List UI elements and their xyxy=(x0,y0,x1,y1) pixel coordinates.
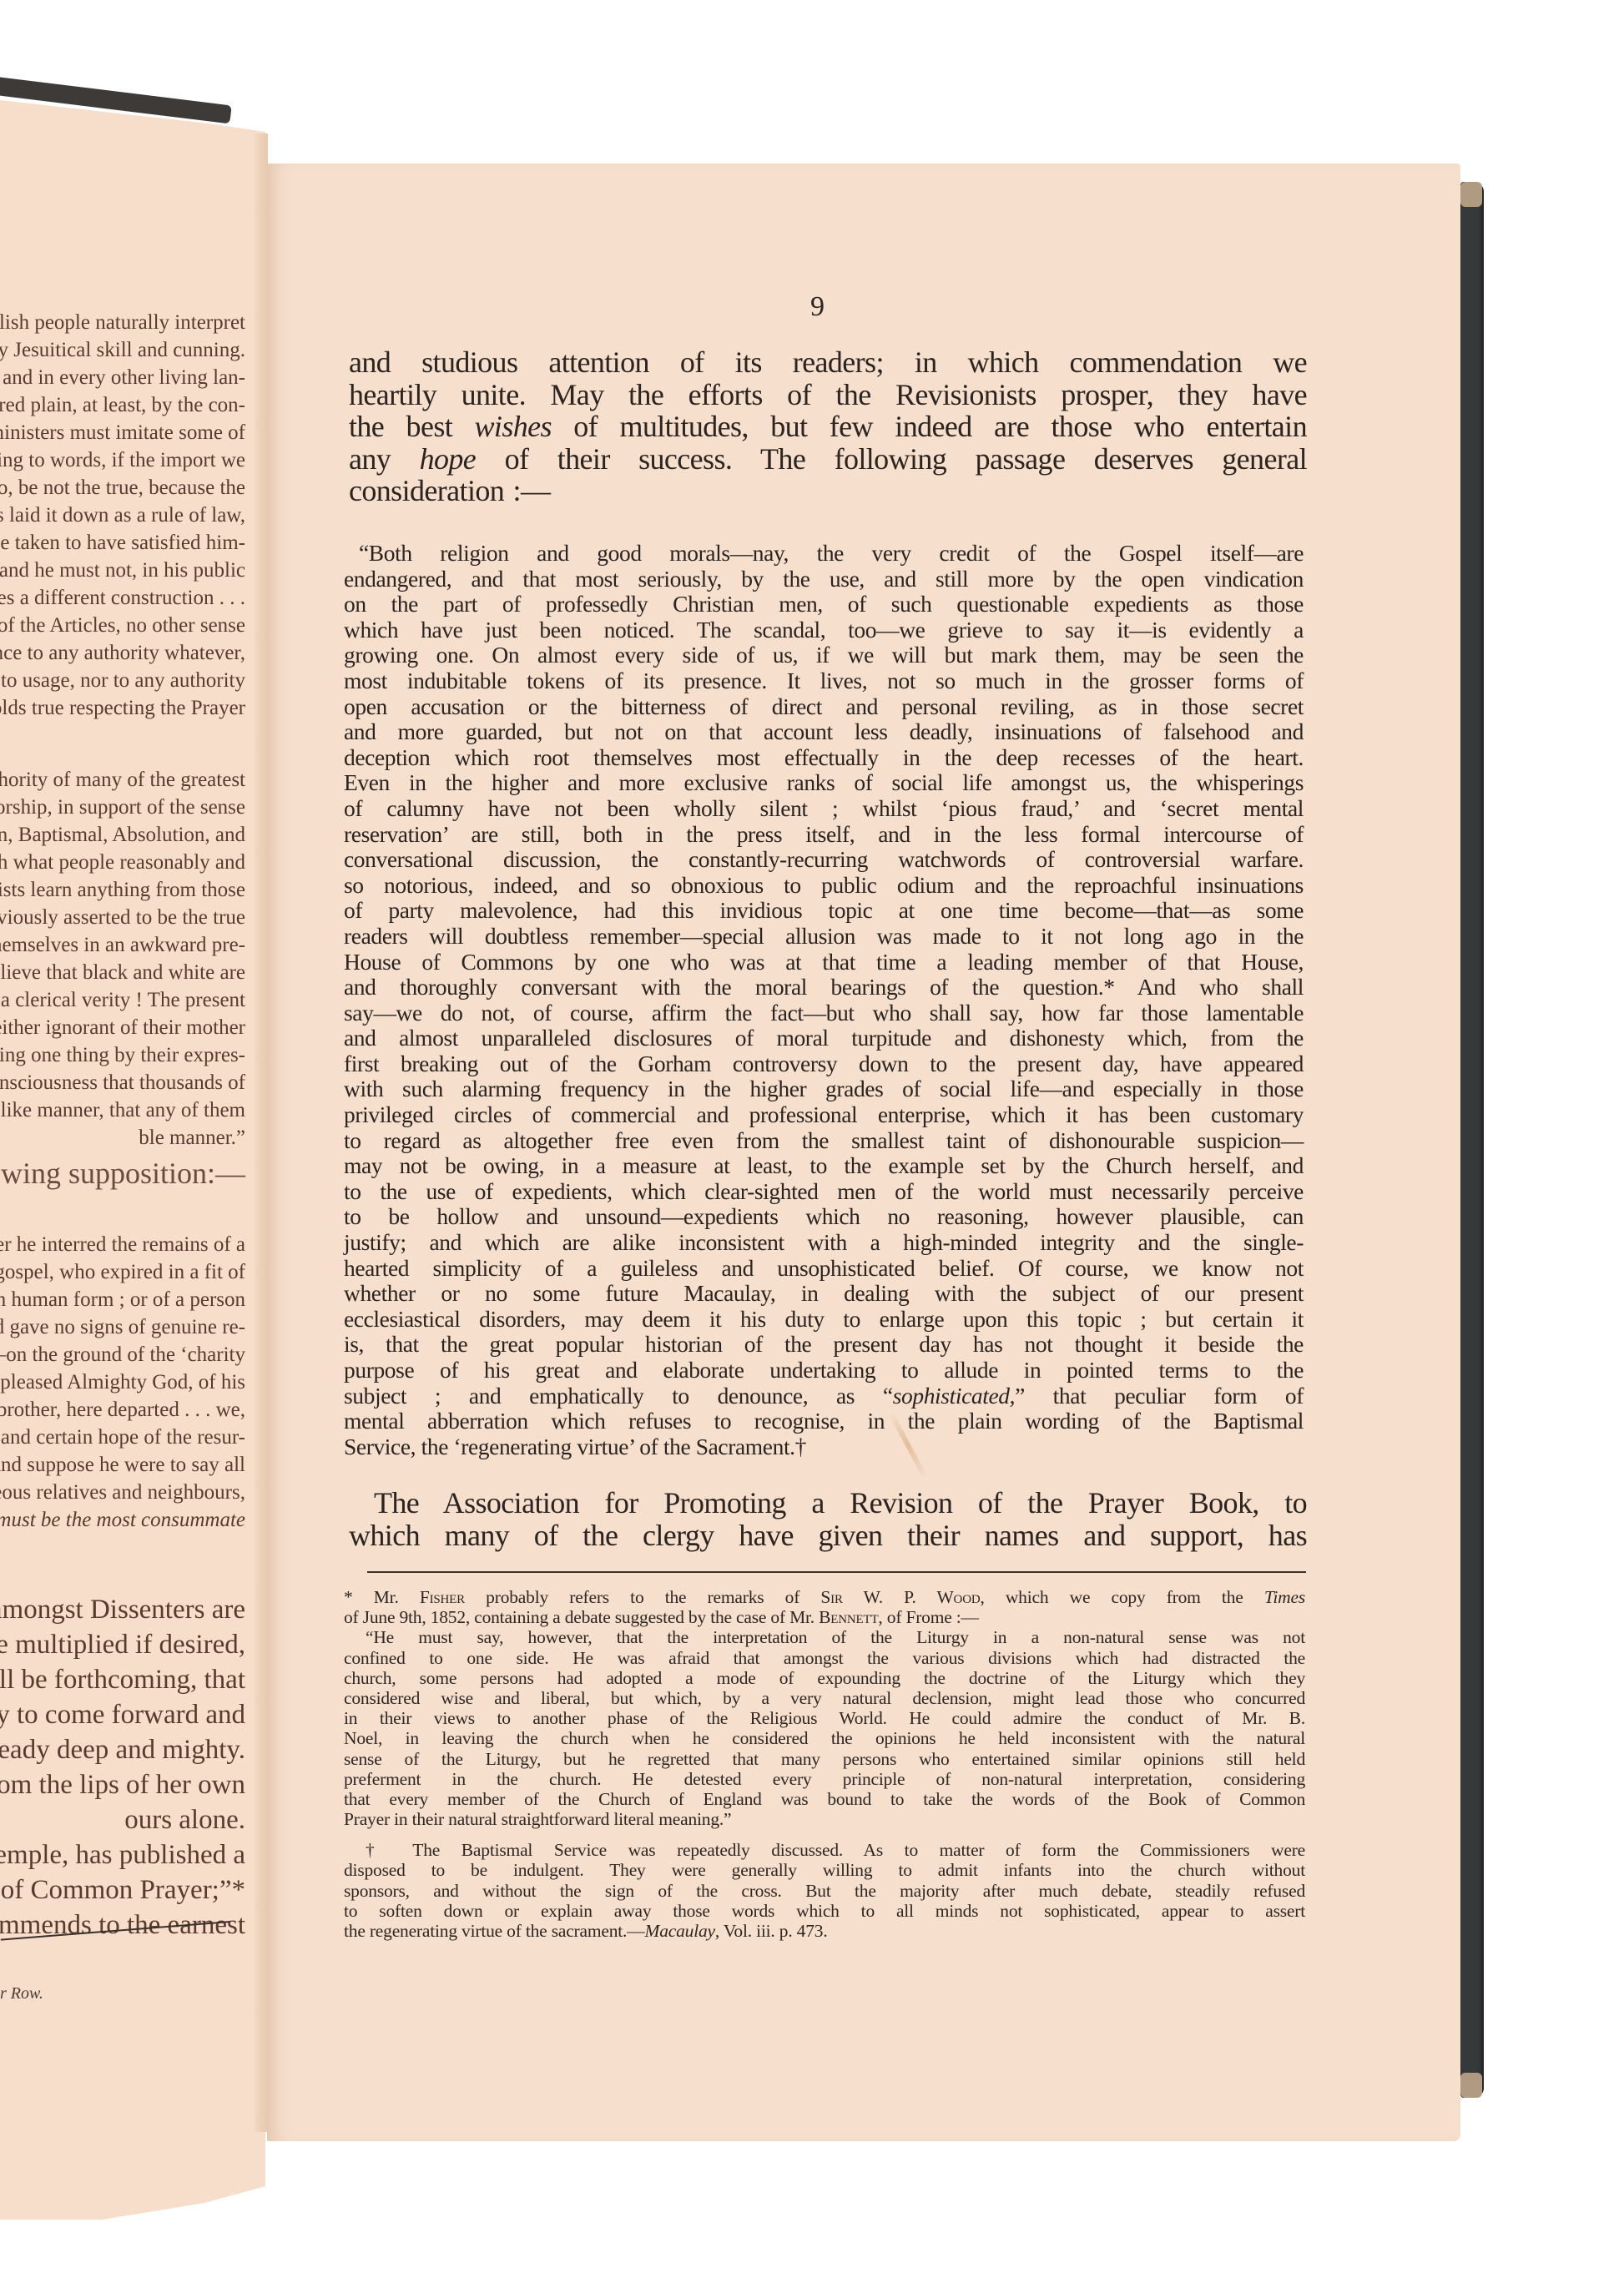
left-line: e worship, in support of the sense xyxy=(0,794,245,821)
footnote-1-line-1: * Mr. Fisher probably refers to the rema… xyxy=(344,1587,1305,1607)
footnote-line: sense of the Liturgy, but he regretted t… xyxy=(344,1749,1305,1769)
footnote-line: Prayer in their natural straightforward … xyxy=(344,1809,1305,1829)
left-line: reviously asserted to be the true xyxy=(0,904,245,931)
intro-line: and studious attention of its readers; i… xyxy=(349,346,1307,379)
footnote-line: disposed to be indulgent. They were gene… xyxy=(344,1860,1305,1880)
quote-line: and almost unparalleled disclosures of m… xyxy=(344,1026,1304,1051)
quote-line: of party malevolence, had this invidious… xyxy=(344,898,1304,924)
quote-line: growing one. On almost every side of us,… xyxy=(344,643,1304,668)
left-line: ver he interred the remains of a xyxy=(0,1231,245,1258)
intro-paragraph: and studious attention of its readers; i… xyxy=(349,346,1307,507)
left-line: teach what people reasonably and xyxy=(0,849,245,876)
footnotes: * Mr. Fisher probably refers to the rema… xyxy=(344,1587,1305,1941)
left-line: has laid it down as a rule of law, xyxy=(0,501,245,529)
quote-line: first breaking out of the Gorham controv… xyxy=(344,1051,1304,1077)
left-line: is a clerical verity ! The present xyxy=(0,986,245,1014)
quote-line: Service, the ‘regenerating virtue’ of th… xyxy=(344,1434,1304,1460)
left-italic-line: must be the most consummate xyxy=(0,1506,245,1534)
quote-line: “Both religion and good morals—nay, the … xyxy=(344,541,1304,567)
left-line: e consciousness that thousands of xyxy=(0,1069,245,1096)
left-line: ly be multiplied if desired, xyxy=(0,1627,245,1662)
quote-line: and more guarded, but not on that accoun… xyxy=(344,719,1304,745)
left-heading: the following supposition:— xyxy=(0,1160,245,1187)
block-quote: “Both religion and good morals—nay, the … xyxy=(344,541,1304,1459)
left-line: nor to usage, nor to any authority xyxy=(0,667,245,694)
quote-line: to regard as altogether free even from t… xyxy=(344,1128,1304,1154)
left-line: own and in every other living lan- xyxy=(0,364,245,391)
quote-line: justify; and which are alike inconsisten… xyxy=(344,1230,1304,1256)
footnote-line: sponsors, and without the sign of the cr… xyxy=(344,1881,1305,1901)
left-line: ed by Jesuitical skill and cunning. xyxy=(0,336,245,364)
quote-line: may not be owing, in a measure at least,… xyxy=(344,1153,1304,1179)
footnote-line: considered wise and liberal, but which, … xyxy=(344,1688,1305,1708)
left-line: erence to any authority whatever, xyxy=(0,639,245,667)
quote-line: purpose of his great and elaborate under… xyxy=(344,1358,1304,1383)
footnote-rule xyxy=(367,1571,1306,1573)
left-block-3: ver he interred the remains of athe gosp… xyxy=(0,1231,245,1506)
left-line: re ; and he must not, in his public xyxy=(0,557,245,584)
quote-line: most indubitable tokens of its presence.… xyxy=(344,668,1304,694)
left-line: s believe that black and white are xyxy=(0,959,245,986)
quote-line: ecclesiastical disorders, may deem it hi… xyxy=(344,1307,1304,1333)
left-line: eaning one thing by their expres- xyxy=(0,1041,245,1069)
left-line: authority of many of the greatest xyxy=(0,766,245,794)
left-line: ook of Common Prayer;”* xyxy=(0,1872,245,1908)
quote-line: deception which root themselves most eff… xyxy=(344,745,1304,771)
left-line: from the lips of her own xyxy=(0,1767,245,1802)
left-line: ation, Baptismal, Absolution, and xyxy=(0,821,245,849)
footnote-line: to soften down or explain away those wor… xyxy=(344,1901,1305,1921)
intro-line: the best wishes of multitudes, but few i… xyxy=(349,411,1307,443)
left-line: m amongst Dissenters are xyxy=(0,1592,245,1627)
footnote-line: preferment in the church. He detested ev… xyxy=(344,1769,1305,1789)
quote-line: say—we do not, of course, affirm the fac… xyxy=(344,1000,1304,1026)
intro-line: any hope of their success. The following… xyxy=(349,443,1307,476)
quote-line: privileged circles of commercial and pro… xyxy=(344,1102,1304,1128)
left-line: And suppose he were to say all xyxy=(0,1451,245,1479)
left-line: English people naturally interpret xyxy=(0,309,245,336)
quote-line: to be hollow and unsound—expedients whic… xyxy=(344,1204,1304,1230)
quote-line: is, that the great popular historian of … xyxy=(344,1332,1304,1358)
left-line: e holds true respecting the Prayer xyxy=(0,694,245,722)
left-block-4: m amongst Dissenters arely be multiplied… xyxy=(0,1592,245,1943)
left-line: , and gave no signs of genuine re- xyxy=(0,1313,245,1341)
left-line: ticles a different construction . . . xyxy=(0,584,245,612)
left-line: ours alone. xyxy=(0,1802,245,1837)
quote-line: conversational discussion, the constantl… xyxy=(344,847,1304,873)
quote-line: and thoroughly conversant with the moral… xyxy=(344,975,1304,1000)
quote-line: which have just been noticed. The scanda… xyxy=(344,617,1304,643)
left-line: st be taken to have satisfied him- xyxy=(0,529,245,557)
left-line: e either ignorant of their mother xyxy=(0,1014,245,1041)
quote-line: open accusation or the bitterness of dir… xyxy=(344,694,1304,720)
quote-line: Even in the higher and more exclusive ra… xyxy=(344,770,1304,796)
left-line: ndered plain, at least, by the con- xyxy=(0,391,245,419)
quote-line: with such alarming frequency in the high… xyxy=(344,1076,1304,1102)
quote-line: House of Commons by one who was at that … xyxy=(344,950,1304,975)
quote-line: endangered, and that most seriously, by … xyxy=(344,567,1304,592)
book-cover-right-edge xyxy=(1460,182,1484,2098)
left-line: ed to, be not the true, because the xyxy=(0,474,245,501)
footnote-line: “He must say, however, that the interpre… xyxy=(344,1627,1305,1647)
intro-line: heartily unite. May the efforts of the R… xyxy=(349,379,1307,411)
quote-line: mental abberration which refuses to reco… xyxy=(344,1409,1304,1434)
left-line: e and certain hope of the resur- xyxy=(0,1424,245,1451)
left-line: the gospel, who expired in a fit of xyxy=(0,1258,245,1286)
quote-line: subject ; and emphatically to denounce, … xyxy=(344,1383,1304,1409)
left-block-1: English people naturally interpreted by … xyxy=(0,309,245,722)
quote-line: to the use of expedients, which clear-si… xyxy=(344,1179,1304,1205)
footnote-line: in their views to another phase of the R… xyxy=(344,1708,1305,1728)
left-line: ble manner.” xyxy=(0,1124,245,1152)
intro-line: consideration :— xyxy=(349,475,1307,507)
footnote-1-quote: “He must say, however, that the interpre… xyxy=(344,1627,1305,1829)
quote-line: reservation’ are still, both in the pres… xyxy=(344,822,1304,848)
left-line: Temple, has published a xyxy=(0,1837,245,1872)
left-line: el themselves in an awkward pre- xyxy=(0,931,245,959)
left-line: brother, here departed . . . we, xyxy=(0,1396,245,1424)
paragraph-line: which many of the clergy have given thei… xyxy=(349,1520,1307,1552)
footnote-line: that every member of the Church of Engla… xyxy=(344,1789,1305,1809)
left-line: hteous relatives and neighbours, xyxy=(0,1479,245,1506)
paragraph-line: The Association for Promoting a Revision… xyxy=(349,1487,1307,1520)
quote-line: of calumny have not been wholly silent ;… xyxy=(344,796,1304,822)
left-line: rds of the Articles, no other sense xyxy=(0,612,245,639)
quote-line: so notorious, indeed, and so obnoxious t… xyxy=(344,873,1304,899)
page-gutter xyxy=(255,134,268,2132)
left-line: —on the ground of the ‘charity xyxy=(0,1341,245,1368)
following-paragraph: The Association for Promoting a Revision… xyxy=(349,1487,1307,1551)
left-line: cal ministers must imitate some of xyxy=(0,419,245,446)
footnote-2-last-line: the regenerating virtue of the sacrament… xyxy=(344,1921,1305,1941)
page-number: 9 xyxy=(810,291,825,323)
left-line: fs will be forthcoming, that xyxy=(0,1662,245,1697)
footnote-1-line-2: of June 9th, 1852, containing a debate s… xyxy=(344,1607,1305,1627)
footnote-line: † The Baptismal Service was repeatedly d… xyxy=(344,1840,1305,1860)
footnote-line: church, some persons had adopted a mode … xyxy=(344,1668,1305,1688)
left-line: rmists learn anything from those xyxy=(0,876,245,904)
left-line: eaning to words, if the import we xyxy=(0,446,245,474)
footnote-2: † The Baptismal Service was repeatedly d… xyxy=(344,1840,1305,1921)
footnote-line: confined to one side. He was afraid that… xyxy=(344,1648,1305,1668)
left-line: he like manner, that any of them xyxy=(0,1096,245,1124)
quote-line: hearted simplicity of a guileless and un… xyxy=(344,1256,1304,1282)
footnote-line: Noel, in leaving the church when he cons… xyxy=(344,1728,1305,1748)
quote-line: whether or no some future Macaulay, in d… xyxy=(344,1281,1304,1307)
left-imprint: r Row. xyxy=(0,1984,43,2003)
left-line: ready to come forward and xyxy=(0,1697,245,1732)
left-line: th pleased Almighty God, of his xyxy=(0,1368,245,1396)
left-block-2: authority of many of the greateste worsh… xyxy=(0,766,245,1152)
quote-line: readers will doubtless remember—special … xyxy=(344,924,1304,950)
quote-line: on the part of professedly Christian men… xyxy=(344,592,1304,617)
left-line: e in human form ; or of a person xyxy=(0,1286,245,1313)
left-line: already deep and mighty. xyxy=(0,1732,245,1767)
